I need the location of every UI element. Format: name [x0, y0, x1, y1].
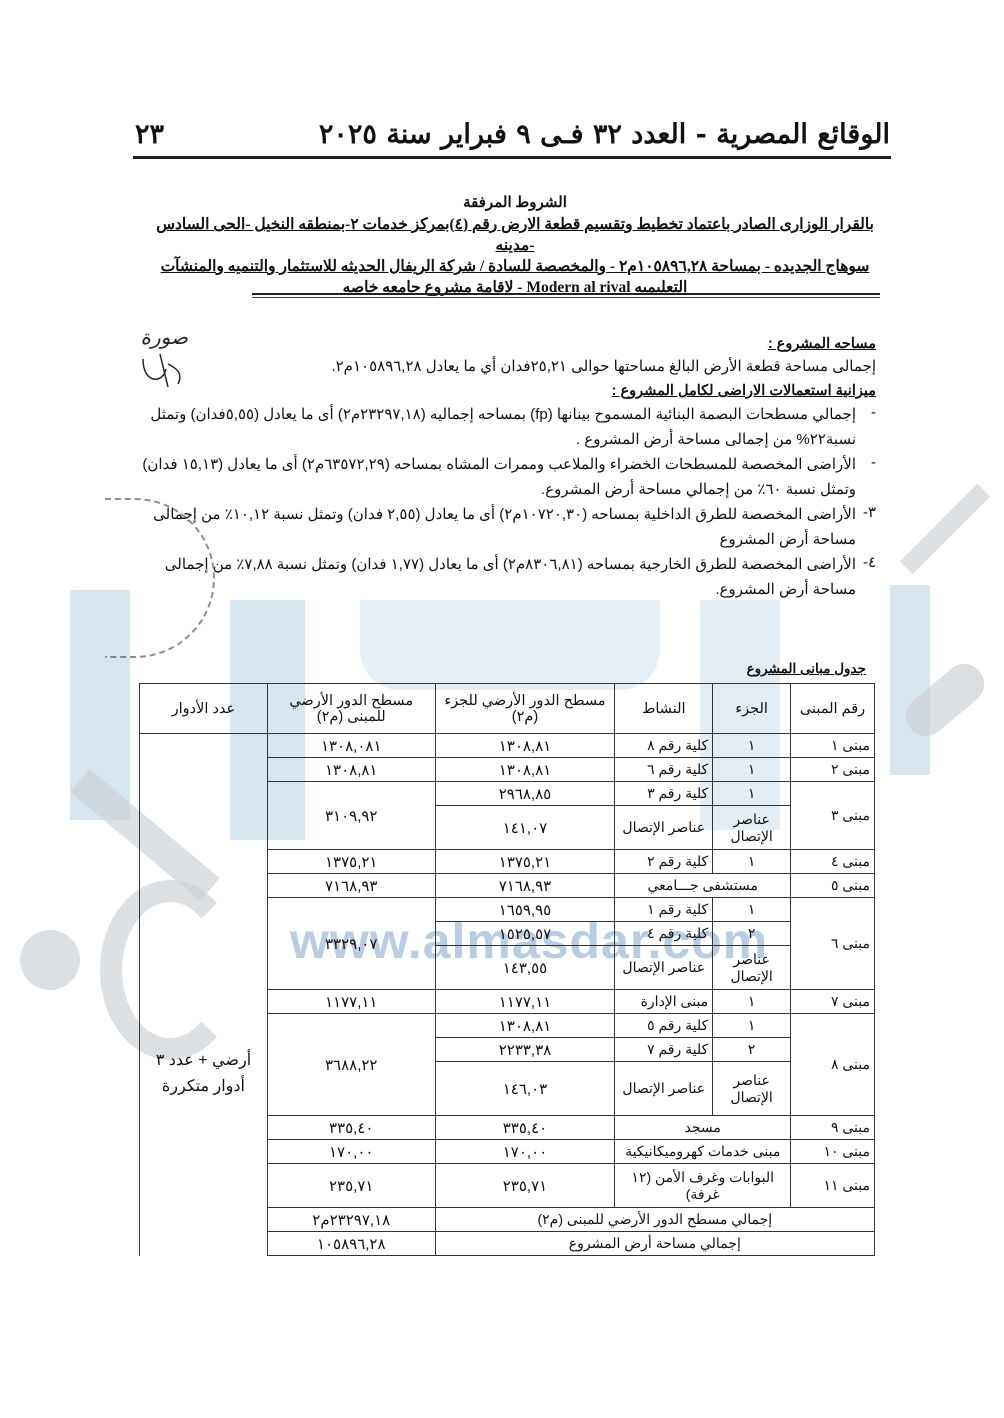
building-area: ٣٣٢٩,٠٧ — [267, 898, 435, 990]
part-area: ١٥٢٥,٥٧ — [435, 922, 615, 946]
activity: كلية رقم ٢ — [615, 850, 713, 874]
building-area: ١٣٠٨,٠٨١ — [267, 734, 435, 758]
activity: كلية رقم ٦ — [615, 758, 713, 782]
activity: مبنى الإدارة — [615, 990, 713, 1014]
buildings-table: رقم المبنى الجزء النشاط مسطح الدور الأرض… — [139, 683, 875, 1256]
land-use-item: - الأراضى المخصصة للمسطحات الخضراء والمل… — [121, 452, 876, 502]
total-ground-label: إجمالي مسطح الدور الأرضي للمبنى (م٢) — [435, 1208, 874, 1232]
part: ١ — [713, 758, 791, 782]
part-area: ١٧٠,٠٠ — [435, 1140, 615, 1164]
activity: مبنى خدمات كهروميكانيكية — [615, 1140, 791, 1164]
floors-value: أرضي + عدد ٣ أدوار متكررة — [156, 1052, 251, 1095]
floors-cell: أرضي + عدد ٣ أدوار متكررة — [140, 734, 268, 1256]
table-caption: جدول مبانى المشروع — [747, 661, 866, 677]
header-floors: عدد الأدوار — [140, 684, 268, 734]
part-area: ١١٧٧,١١ — [435, 990, 615, 1014]
part-area: ٢٢٣٣,٣٨ — [435, 1038, 615, 1062]
building-area: ١٣٠٨,٨١ — [267, 758, 435, 782]
building-no: مبنى ٨ — [791, 1014, 875, 1116]
building-area: ٧١٦٨,٩٣ — [267, 874, 435, 898]
part: ٢ — [713, 922, 791, 946]
item-line: نسبة٢٢% من إجمالى مساحة أرض المشروع . — [150, 427, 856, 452]
header-activity: النشاط — [615, 684, 713, 734]
building-area: ٢٣٥,٧١ — [267, 1164, 435, 1208]
building-no: مبنى ٥ — [791, 874, 875, 898]
land-use-item: - إجمالي مسطحات البصمة البنائية المسموح … — [121, 402, 876, 452]
part-area: ١٤١,٠٧ — [435, 806, 615, 850]
double-rule — [252, 293, 880, 298]
header-part: الجزء — [713, 684, 791, 734]
header-part-area: مسطح الدور الأرضي للجزء (م٢) — [435, 684, 615, 734]
activity: كلية رقم ٣ — [615, 782, 713, 806]
building-no: مبنى ٧ — [791, 990, 875, 1014]
attached-title: الشروط المرفقة — [150, 193, 880, 212]
building-area: ٣٦٨٨,٢٢ — [267, 1014, 435, 1116]
item-line: الأراضى المخصصة للطرق الداخلية بمساحه (١… — [153, 502, 856, 527]
item-marker: - — [862, 402, 876, 452]
header-rule — [133, 156, 891, 159]
decree-line: بالقرار الوزارى الصادر باعتماد تخطيط وتق… — [150, 214, 880, 256]
item-line: الأراضى المخصصة للمسطحات الخضراء والملاع… — [142, 452, 856, 477]
part-area: ١٤٣,٥٥ — [435, 946, 615, 990]
item-line: مساحة أرض المشروع. — [165, 577, 856, 602]
activity: كلية رقم ٨ — [615, 734, 713, 758]
part: عناصر الإتصال — [713, 806, 791, 850]
total-land-value: ١٠٥٨٩٦,٢٨ — [267, 1232, 435, 1256]
item-marker: ٤- — [862, 552, 876, 602]
building-no: مبنى ٢ — [791, 758, 875, 782]
land-use-heading: ميزانية استعمالات الاراضى لكامل المشروع … — [121, 380, 876, 402]
item-line: إجمالي مسطحات البصمة البنائية المسموح بي… — [150, 402, 856, 427]
activity: مسجد — [615, 1116, 791, 1140]
building-area: ١٧٠,٠٠ — [267, 1140, 435, 1164]
land-use-item: ٣- الأراضى المخصصة للطرق الداخلية بمساحه… — [121, 502, 876, 552]
gazette-title: الوقائع المصرية - العدد ٣٢ فـى ٩ فبراير … — [319, 119, 890, 150]
activity: كلية رقم ٥ — [615, 1014, 713, 1038]
gazette-header: الوقائع المصرية - العدد ٣٢ فـى ٩ فبراير … — [135, 112, 890, 156]
building-area: ٣٣٥,٤٠ — [267, 1116, 435, 1140]
part-area: ١٣٠٨,٨١ — [435, 758, 615, 782]
item-marker: - — [862, 452, 876, 502]
building-no: مبنى ٩ — [791, 1116, 875, 1140]
part: عناصر الإتصال — [713, 1062, 791, 1116]
signature-scribble-icon — [138, 349, 188, 389]
building-area: ٣١٠٩,٩٢ — [267, 782, 435, 850]
part-area: ٢٣٥,٧١ — [435, 1164, 615, 1208]
item-line: مساحة أرض المشروع — [153, 527, 856, 552]
project-area-heading: مساحه المشروع : — [121, 333, 876, 355]
part: ١ — [713, 1014, 791, 1038]
part: ٢ — [713, 1038, 791, 1062]
part: عناصر الإتصال — [713, 946, 791, 990]
part-area: ١٤٦,٠٣ — [435, 1062, 615, 1116]
part-area: ١٣٠٨,٨١ — [435, 1014, 615, 1038]
header-building-area: مسطح الدور الأرضي للمبنى (م٢) — [267, 684, 435, 734]
item-marker: ٣- — [862, 502, 876, 552]
title-block: الشروط المرفقة بالقرار الوزارى الصادر با… — [150, 193, 880, 298]
activity: البوابات وغرف الأمن (١٢ غرفة) — [615, 1164, 791, 1208]
handwritten-signature: صورة — [128, 325, 188, 395]
total-land-label: إجمالي مساحة أرض المشروع — [435, 1232, 874, 1256]
land-use-item: ٤- الأراضى المخصصة للطرق الخارجية بمساحه… — [121, 552, 876, 602]
part: ١ — [713, 734, 791, 758]
building-no: مبنى ٦ — [791, 898, 875, 990]
table-row: مبنى ١ ١ كلية رقم ٨ ١٣٠٨,٨١ ١٣٠٨,٠٨١ أرض… — [140, 734, 875, 758]
part-area: ١٣٠٨,٨١ — [435, 734, 615, 758]
signature-text: صورة — [141, 325, 188, 349]
decree-line: سوهاج الجديده - بمساحة ١٠٥٨٩٦,٢٨م٢ - وال… — [150, 256, 880, 277]
page-number: ٢٣ — [135, 119, 164, 150]
building-no: مبنى ١ — [791, 734, 875, 758]
activity: عناصر الإتصال — [615, 1062, 713, 1116]
activity: كلية رقم ١ — [615, 898, 713, 922]
building-no: مبنى ٣ — [791, 782, 875, 850]
activity: كلية رقم ٤ — [615, 922, 713, 946]
item-line: وتمثل نسبة ٦٠٪ من إجمالي مساحة أرض المشر… — [142, 477, 856, 502]
activity: عناصر الإتصال — [615, 946, 713, 990]
part: ١ — [713, 850, 791, 874]
activity: عناصر الإتصال — [615, 806, 713, 850]
body-text: مساحه المشروع : إجمالى مساحة قطعة الأرض … — [121, 333, 876, 602]
part: ١ — [713, 782, 791, 806]
building-no: مبنى ١٠ — [791, 1140, 875, 1164]
building-area: ١١٧٧,١١ — [267, 990, 435, 1014]
activity: مستشفى جـــامعي — [615, 874, 791, 898]
part-area: ٢٩٦٨,٨٥ — [435, 782, 615, 806]
header-building-no: رقم المبنى — [791, 684, 875, 734]
part-area: ٣٣٥,٤٠ — [435, 1116, 615, 1140]
building-no: مبنى ٤ — [791, 850, 875, 874]
part-area: ١٦٥٩,٩٥ — [435, 898, 615, 922]
project-area-text: إجمالى مساحة قطعة الأرض البالغ مساحتها ح… — [121, 356, 876, 378]
total-ground-value: ٢٣٢٩٧,١٨م٢ — [267, 1208, 435, 1232]
building-no: مبنى ١١ — [791, 1164, 875, 1208]
part: ١ — [713, 898, 791, 922]
activity: كلية رقم ٧ — [615, 1038, 713, 1062]
part: ١ — [713, 990, 791, 1014]
building-area: ١٣٧٥,٢١ — [267, 850, 435, 874]
item-line: الأراضى المخصصة للطرق الخارجية بمساحه (٨… — [165, 552, 856, 577]
part-area: ١٣٧٥,٢١ — [435, 850, 615, 874]
part-area: ٧١٦٨,٩٣ — [435, 874, 615, 898]
table-header-row: رقم المبنى الجزء النشاط مسطح الدور الأرض… — [140, 684, 875, 734]
